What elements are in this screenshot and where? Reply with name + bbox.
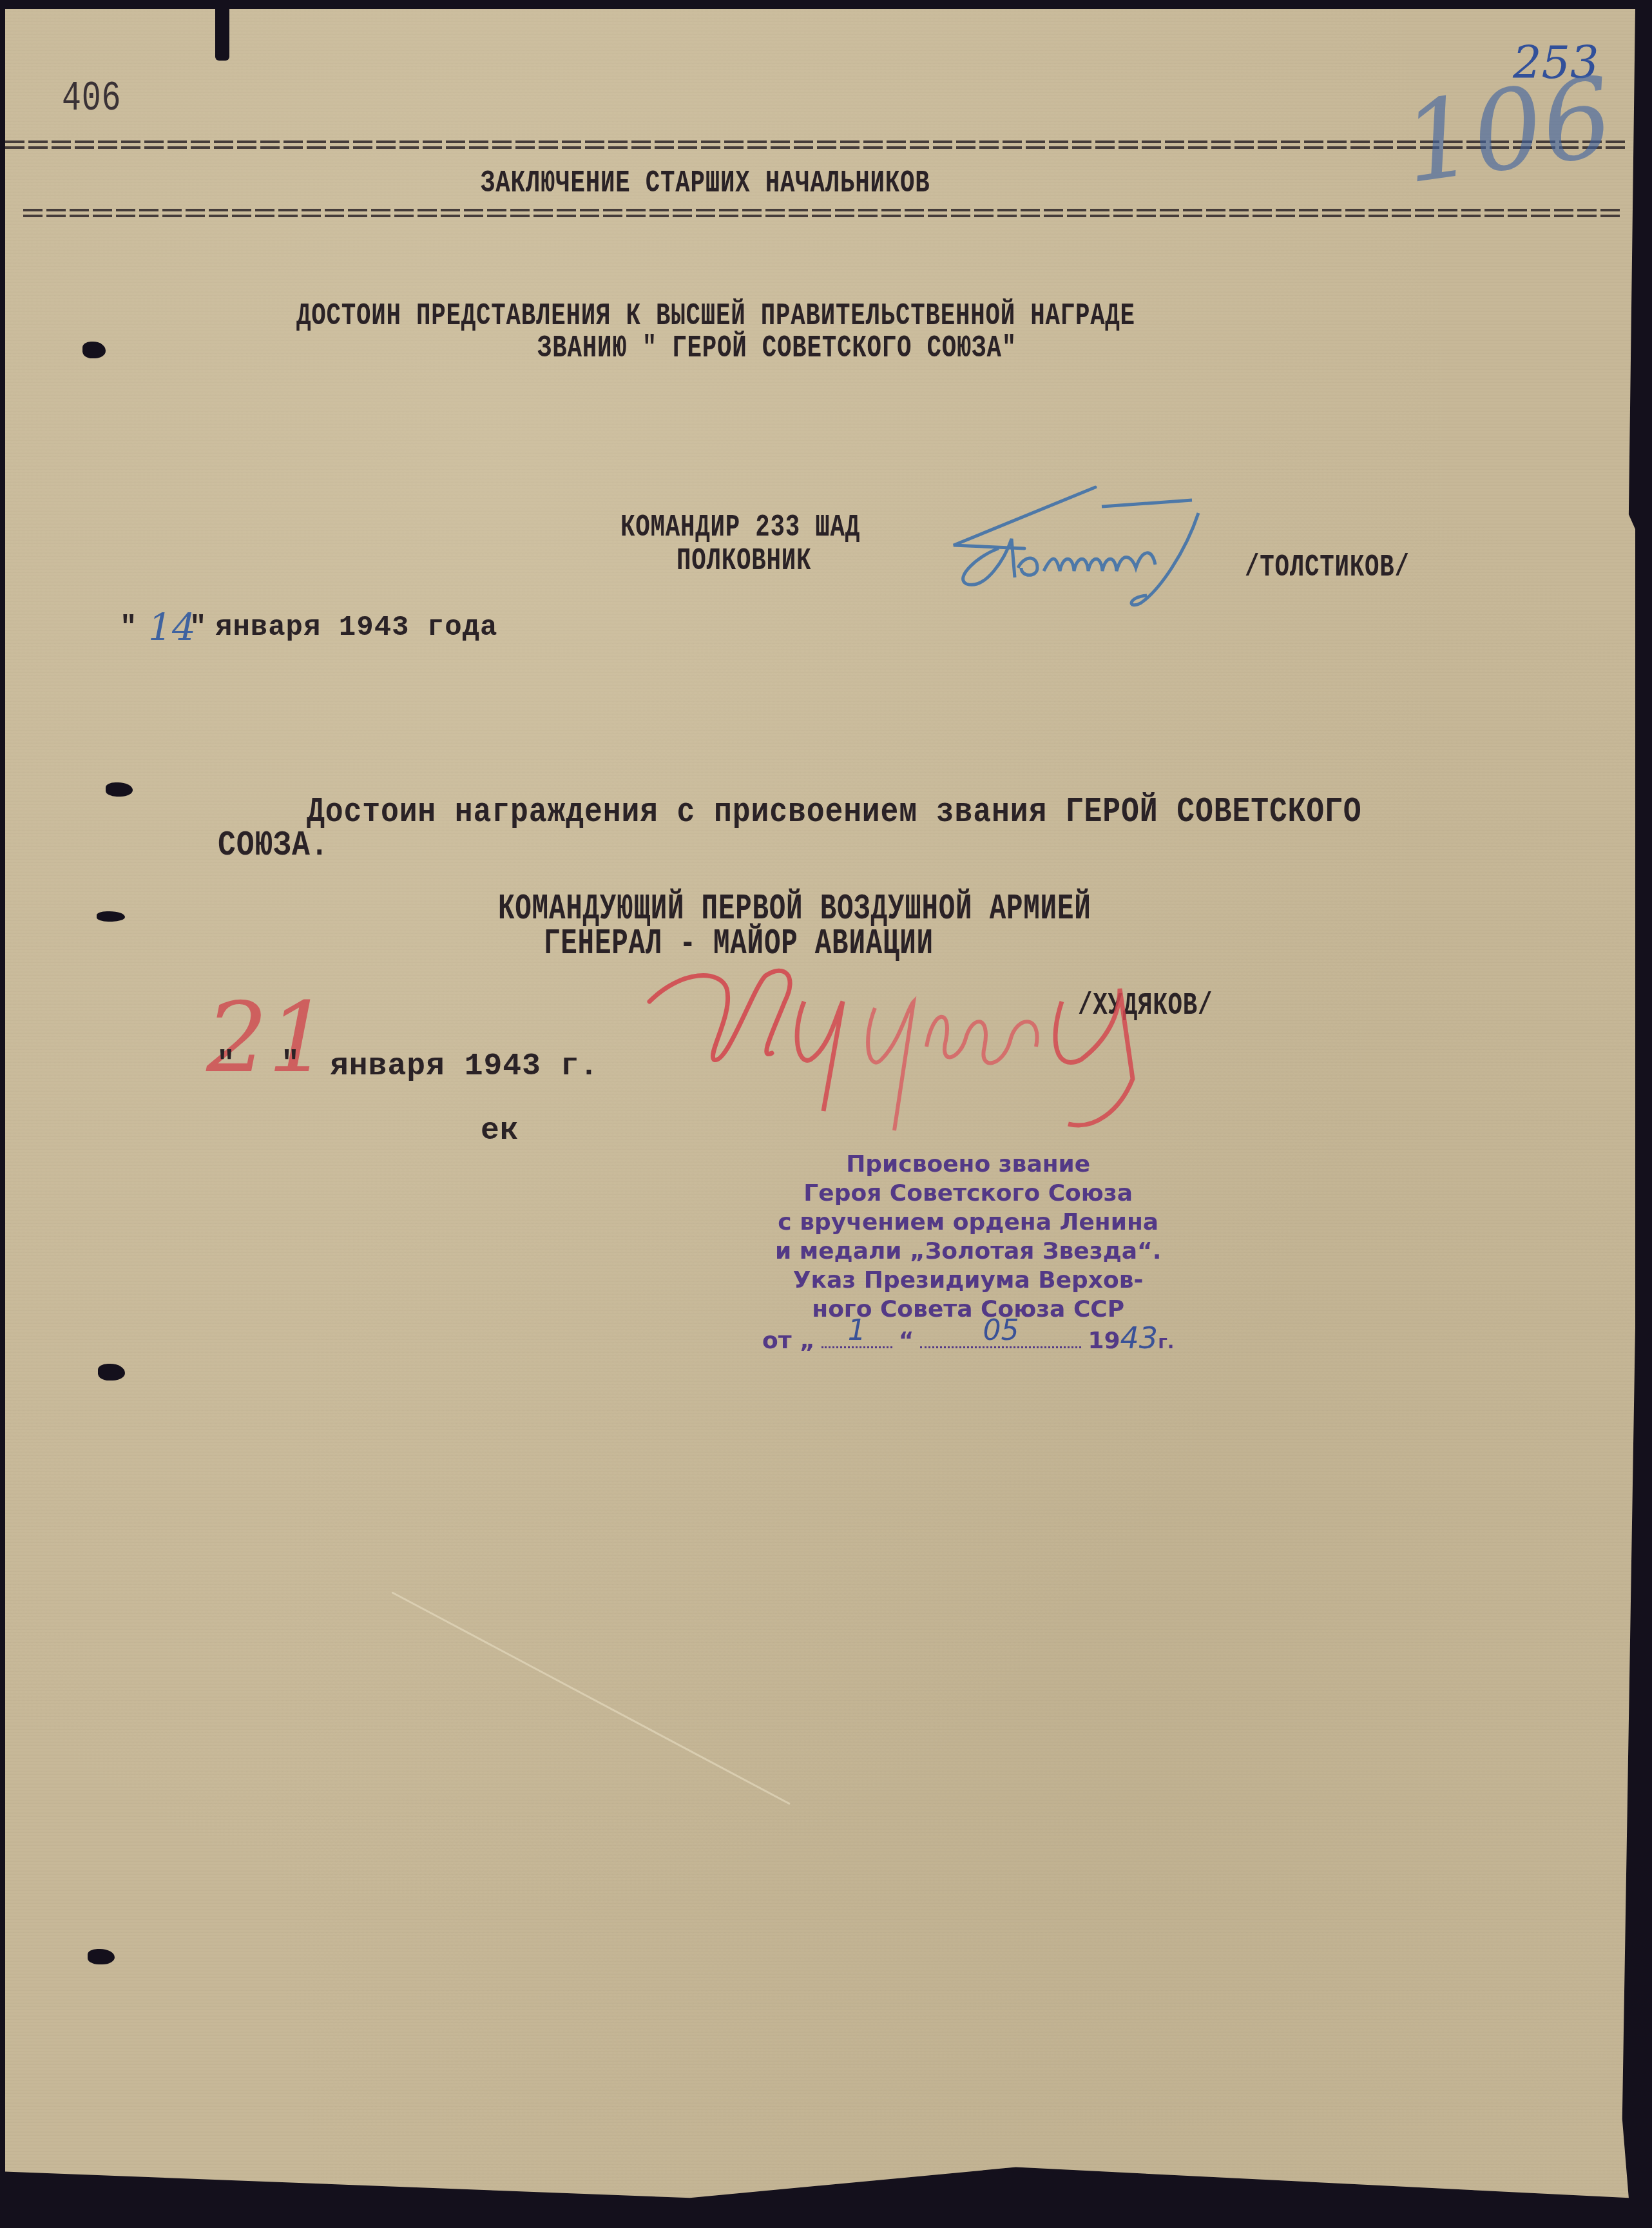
stamp-year: 1943г.	[1088, 1324, 1174, 1357]
stamp-year-handwritten: 43	[1120, 1321, 1158, 1355]
header-underline-rule	[23, 209, 1621, 218]
stamp-date-row: от „ 1 “ 05 1943г.	[762, 1324, 1174, 1357]
punch-hole	[82, 342, 106, 358]
signer-1-rank: ПОЛКОВНИК	[677, 544, 811, 579]
stamp-day-field: 1	[821, 1327, 892, 1348]
signer-2-rank: ГЕНЕРАЛ - МАЙОР АВИАЦИИ	[544, 923, 934, 964]
date-1-open-quote: "	[120, 612, 137, 644]
date-1-day: 14	[148, 605, 196, 649]
typist-initials: ек	[481, 1114, 519, 1148]
punch-hole	[98, 1364, 125, 1380]
date-1-close-quote: "	[189, 612, 207, 644]
stamp-day-value: 1	[821, 1316, 892, 1345]
stamp-line-1: Присвоено звание	[762, 1150, 1174, 1179]
stamp-date-prefix: от „	[762, 1326, 815, 1355]
stamp-year-suffix: г.	[1158, 1332, 1174, 1353]
conclusion-line-1: Достоин награждения с присвоением звания…	[307, 793, 1362, 832]
signer-1-name: /ТОЛСТИКОВ/	[1245, 550, 1410, 585]
stamp-year-printed: 19	[1088, 1328, 1120, 1354]
punch-hole	[106, 782, 133, 797]
punch-hole	[97, 911, 125, 922]
header-title: ЗАКЛЮЧЕНИЕ СТАРШИХ НАЧАЛЬНИКОВ	[481, 166, 930, 201]
stamp-date-mid: “	[899, 1326, 914, 1355]
signature-tolstikov	[941, 481, 1276, 610]
punch-hole	[88, 1949, 115, 1964]
conclusion-line-2: СОЮЗА.	[218, 826, 329, 866]
recommendation-line-1: ДОСТОИН ПРЕДСТАВЛЕНИЯ К ВЫСШЕЙ ПРАВИТЕЛЬ…	[296, 299, 1135, 334]
stamp-line-3: с вручением ордена Ленина	[762, 1208, 1174, 1237]
stamp-line-2: Героя Советского Союза	[762, 1179, 1174, 1208]
top-double-rule	[5, 140, 1629, 150]
signer-1-position: КОМАНДИР 233 ШАД	[620, 510, 860, 545]
award-decree-stamp: Присвоено звание Героя Советского Союза …	[762, 1150, 1174, 1357]
folder-tab-mark	[215, 9, 229, 61]
recommendation-line-2: ЗВАНИЮ " ГЕРОЙ СОВЕТСКОГО СОЮЗА"	[537, 331, 1017, 366]
stamp-month-value: 05	[920, 1316, 1081, 1345]
stamp-line-5: Указ Президиума Верхов-	[762, 1266, 1174, 1295]
date-1-text: января 1943 года	[215, 612, 497, 644]
archive-number: 106	[1396, 53, 1620, 208]
page-number: 406	[62, 76, 121, 122]
stamp-month-field: 05	[920, 1327, 1081, 1348]
date-2-open-quote: "	[216, 1047, 236, 1081]
date-2-close-quote: "	[281, 1047, 300, 1081]
document-page: 406 ЗАКЛЮЧЕНИЕ СТАРШИХ НАЧАЛЬНИКОВ 253 1…	[5, 9, 1635, 2207]
paper-crease	[391, 1591, 790, 1805]
date-2-text: января 1943 г.	[330, 1049, 599, 1084]
stamp-line-4: и медали „Золотая Звезда“.	[762, 1237, 1174, 1266]
signature-khudyakov	[643, 963, 1287, 1130]
